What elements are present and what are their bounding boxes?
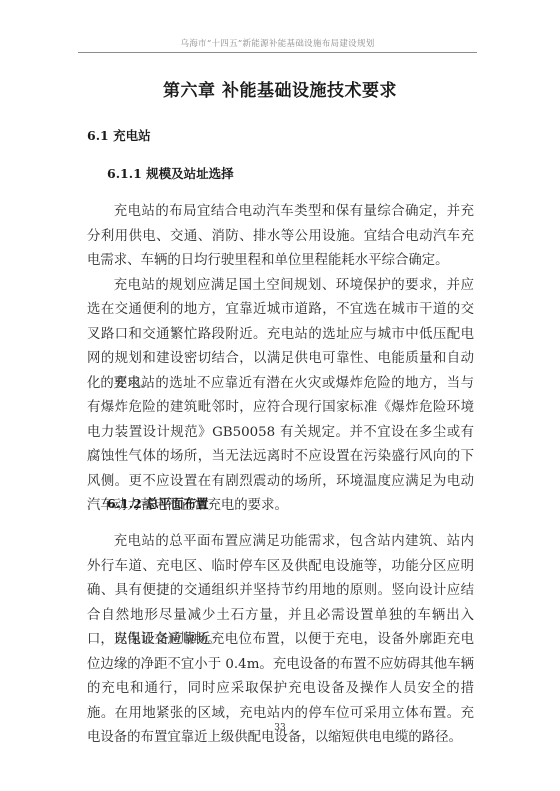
paragraph: 充电站的布局宜结合电动汽车类型和保有量综合确定，并充分利用供电、交通、消防、排水… (87, 200, 474, 274)
chapter-title: 第六章 补能基础设施技术要求 (0, 76, 560, 101)
subsection-heading-6-1-1: 6.1.1 规模及站址选择 (107, 164, 234, 182)
running-header: 乌海市“十四五”新能源补能基础设施布局建设规划 (78, 37, 477, 49)
subsection-heading-6-1-2: 6.1.2 总平面布置 (107, 494, 209, 512)
page-number: 33 (0, 723, 560, 733)
header-divider (78, 52, 477, 53)
section-heading-6-1: 6.1 充电站 (87, 126, 151, 144)
